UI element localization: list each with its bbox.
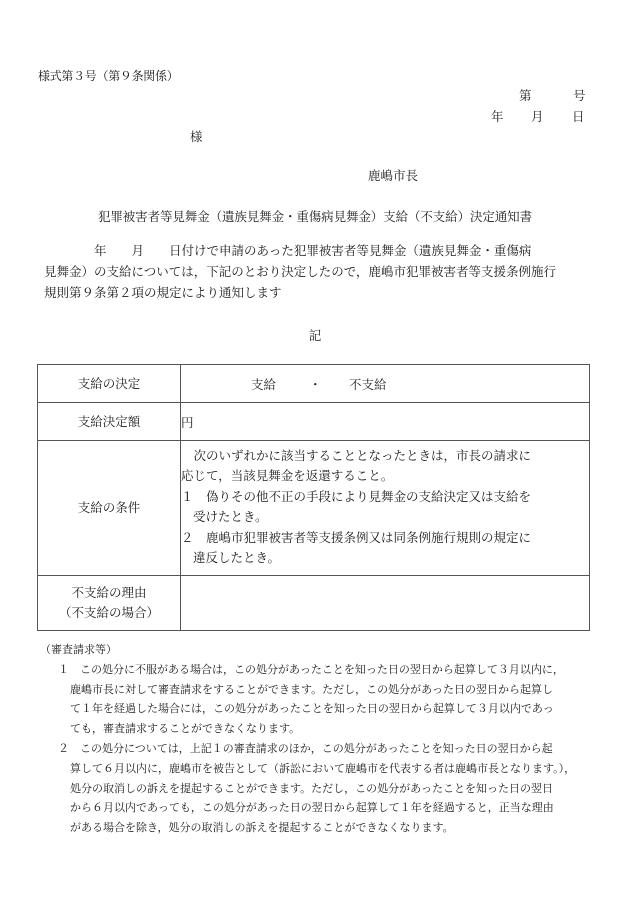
condition-line: 応じて，当該見舞金を返還すること。 <box>181 466 589 487</box>
row-label: 不支給の理由 （不支給の場合） <box>38 576 181 631</box>
note-line: ても，審査請求することができなくなります。 <box>44 719 575 739</box>
note-line: がある場合を除き，処分の取消しの訴えを提起することができなくなります。 <box>44 818 575 838</box>
decision-table: 支給の決定 支給 ・ 不支給 支給決定額 円 支給の条件 次のいずれかに該当する… <box>37 364 590 631</box>
note-line: ２ この処分については，上記１の審査請求のほか，この処分があったことを知った日の… <box>44 739 575 759</box>
condition-line: １ 偽りその他不正の手段により見舞金の支給決定又は支給を <box>181 487 589 508</box>
form-number: 様式第３号（第９条関係） <box>38 67 178 84</box>
condition-line: 受けたとき。 <box>181 507 589 528</box>
date-year: 年 <box>491 107 504 125</box>
denial-reason-value <box>181 576 590 631</box>
table-row: 支給の条件 次のいずれかに該当することとなったときは，市長の請求に 応じて，当該… <box>38 441 590 576</box>
doc-number-prefix: 第 <box>519 86 532 104</box>
condition-line: 次のいずれかに該当することとなったときは，市長の請求に <box>181 446 589 467</box>
table-row: 支給決定額 円 <box>38 403 590 441</box>
note-line: 鹿嶋市長に対して審査請求をすることができます。ただし，この処分があった日の翌日か… <box>44 680 575 700</box>
ki-marker: 記 <box>0 326 630 344</box>
issuer: 鹿嶋市長 <box>368 166 418 184</box>
note-line: て１年を経過した場合には，この処分があったことを知った日の翌日から起算して３月以… <box>44 699 575 719</box>
doc-number-suffix: 号 <box>573 86 586 104</box>
table-row: 支給の決定 支給 ・ 不支給 <box>38 365 590 403</box>
conditions-text: 次のいずれかに該当することとなったときは，市長の請求に 応じて，当該見舞金を返還… <box>181 441 590 576</box>
amount-value: 円 <box>181 403 590 441</box>
addressee: 様 <box>190 127 203 145</box>
row-label-line: 不支給の理由 <box>38 583 180 603</box>
row-label: 支給決定額 <box>38 403 181 441</box>
document-title: 犯罪被害者等見舞金（遺族見舞金・重傷病見舞金）支給（不支給）決定通知書 <box>0 207 630 225</box>
notes-heading: （審査請求等） <box>40 640 575 660</box>
body-line: 見舞金）の支給については，下記のとおり決定したので，鹿嶋市犯罪被害者等支援条例施… <box>44 261 594 282</box>
option-grant: 支給 <box>251 375 309 393</box>
option-deny: 不支給 <box>349 375 387 393</box>
note-line: １ この処分に不服がある場合は，この処分があったことを知った日の翌日から起算して… <box>44 660 575 680</box>
body-line: 規則第９条第２項の規定により通知します <box>44 282 594 303</box>
condition-line: 違反したとき。 <box>181 548 589 569</box>
review-notes: （審査請求等） １ この処分に不服がある場合は，この処分があったことを知った日の… <box>44 640 575 838</box>
row-label-line: （不支給の場合） <box>38 603 180 623</box>
condition-line: ２ 鹿嶋市犯罪被害者等支援条例又は同条例施行規則の規定に <box>181 528 589 549</box>
body-paragraph: 年 月 日付けで申請のあった犯罪被害者等見舞金（遺族見舞金・重傷病 見舞金）の支… <box>44 240 594 303</box>
date-month: 月 <box>531 107 544 125</box>
row-label: 支給の決定 <box>38 365 181 403</box>
note-line: から６月以内であっても，この処分があった日の翌日から起算して１年を経過すると，正… <box>44 798 575 818</box>
note-line: 算して６月以内に，鹿嶋市を被告として（訴訟において鹿嶋市を代表する者は鹿嶋市長と… <box>44 759 575 779</box>
row-label: 支給の条件 <box>38 441 181 576</box>
option-separator: ・ <box>309 375 349 393</box>
note-line: 処分の取消しの訴えを提起することができます。ただし，この処分があったことを知った… <box>44 779 575 799</box>
decision-options: 支給 ・ 不支給 <box>181 365 590 403</box>
body-line: 年 月 日付けで申請のあった犯罪被害者等見舞金（遺族見舞金・重傷病 <box>44 240 594 261</box>
date-day: 日 <box>572 107 585 125</box>
table-row: 不支給の理由 （不支給の場合） <box>38 576 590 631</box>
